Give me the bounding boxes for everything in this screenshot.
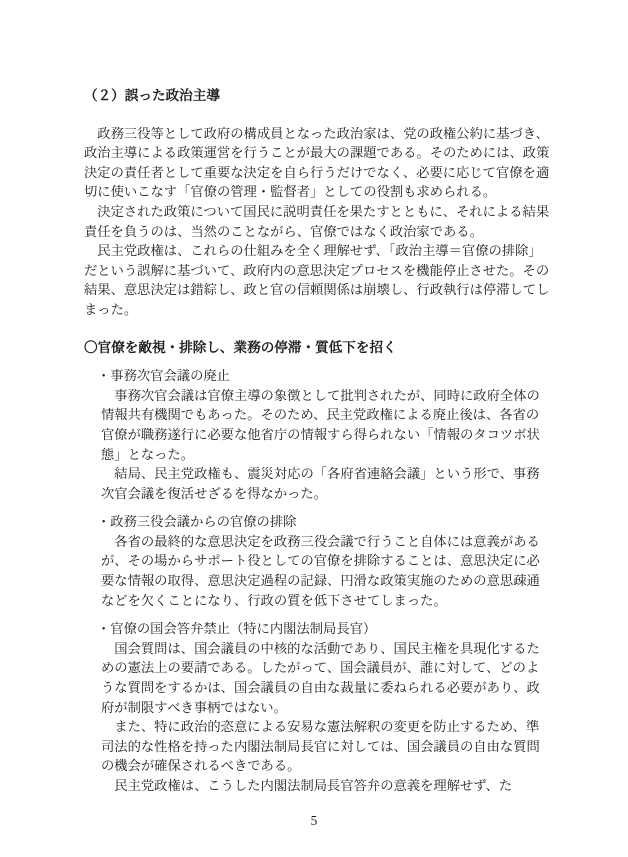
page-content: （２）誤った政治主導 政務三役等として政府の構成員となった政治家は、党の政権公約… <box>84 86 550 796</box>
bullet-title: ・官僚の国会答弁禁止（特に内閣法制局長官） <box>97 619 550 639</box>
main-heading: （２）誤った政治主導 <box>84 86 550 106</box>
intro-paragraph-1: 政務三役等として政府の構成員となった政治家は、党の政権公約に基づき、政治主導によ… <box>84 124 550 202</box>
bullet-item-jimujikan: ・事務次官会議の廃止 事務次官会議は官僚主導の象徴として批判されたが、同時に政府… <box>84 366 550 503</box>
page-number: 5 <box>0 811 628 831</box>
intro-paragraph-3: 民主党政権は、これらの仕組みを全く理解せず、「政治主導＝官僚の排除」だという誤解… <box>84 241 550 319</box>
bullet-paragraph: 各省の最終的な意思決定を政務三役会議で行うこと自体には意義があるが、その場からサ… <box>101 532 550 610</box>
bullet-paragraph: また、特に政治的恣意による安易な憲法解釈の変更を防止するため、準司法的な性格を持… <box>101 717 550 776</box>
bullet-title: ・政務三役会議からの官僚の排除 <box>97 512 550 532</box>
intro-paragraph-2: 決定された政策について国民に説明責任を果たすとともに、それによる結果責任を負うの… <box>84 202 550 241</box>
bullet-title: ・事務次官会議の廃止 <box>97 366 550 386</box>
document-page: （２）誤った政治主導 政務三役等として政府の構成員となった政治家は、党の政権公約… <box>0 0 628 857</box>
bullet-paragraph: 事務次官会議は官僚主導の象徴として批判されたが、同時に政府全体の情報共有機関でも… <box>101 386 550 464</box>
bullet-paragraph: 国会質問は、国会議員の中核的な活動であり、国民主権を具現化するための憲法上の要請… <box>101 639 550 717</box>
bullet-paragraph: 結局、民主党政権も、震災対応の「各府省連絡会議」という形で、事務次官会議を復活せ… <box>101 464 550 503</box>
subsection-heading: 〇官僚を敵視・排除し、業務の停滞・質低下を招く <box>84 338 550 358</box>
bullet-item-kokkaitoben: ・官僚の国会答弁禁止（特に内閣法制局長官） 国会質問は、国会議員の中核的な活動で… <box>84 619 550 795</box>
bullet-item-seimusanyaku: ・政務三役会議からの官僚の排除 各省の最終的な意思決定を政務三役会議で行うこと自… <box>84 512 550 610</box>
bullet-paragraph: 民主党政権は、こうした内閣法制局長官答弁の意義を理解せず、た <box>101 776 550 796</box>
